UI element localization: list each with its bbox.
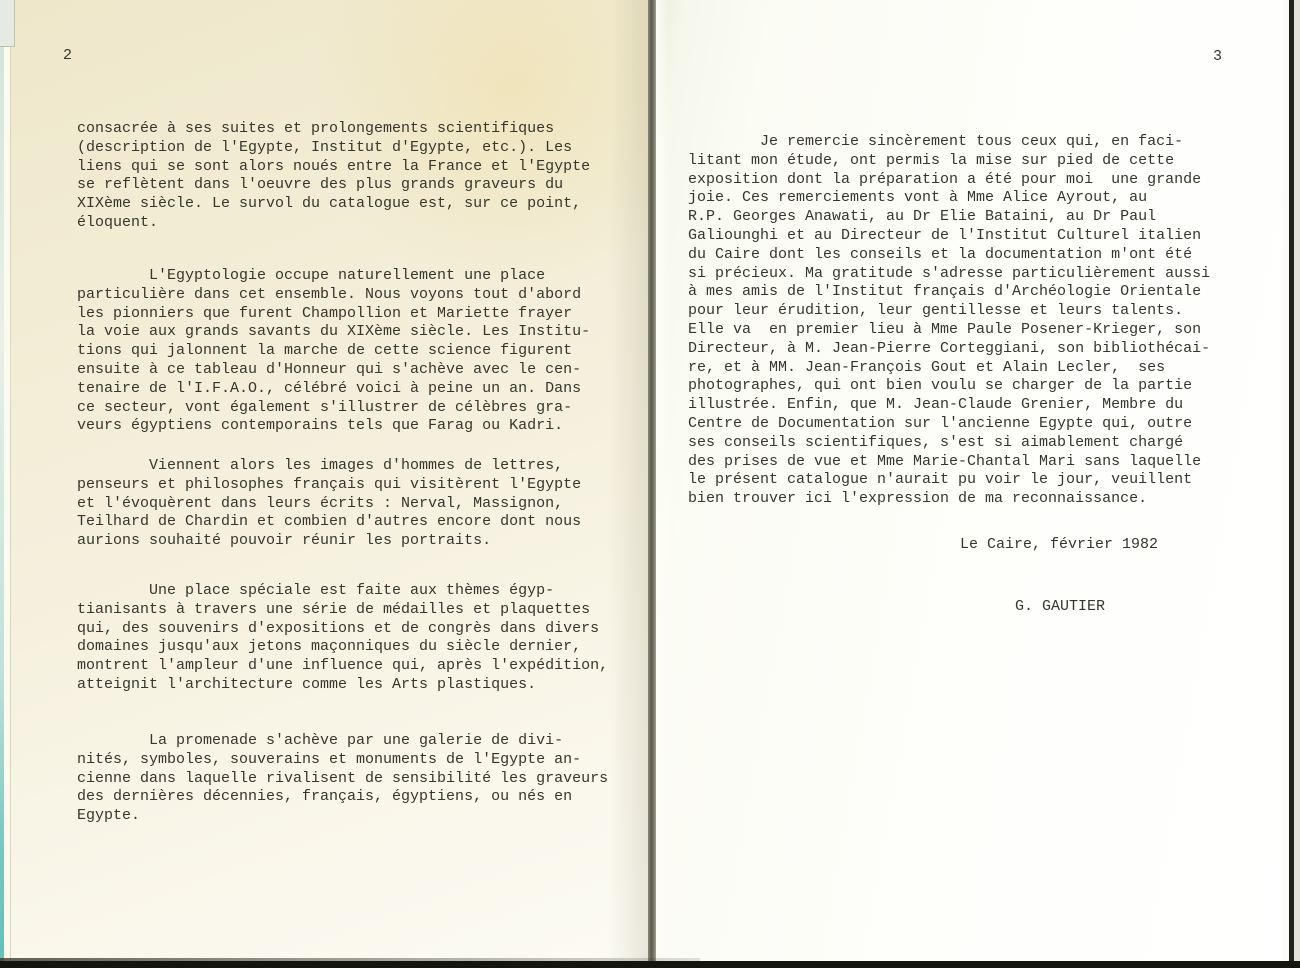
paragraph-consacree: consacrée à ses suites et prolongements … xyxy=(77,120,590,233)
book-gutter xyxy=(648,0,656,968)
paragraph-egyptologie: L'Egyptologie occupe naturellement une p… xyxy=(77,267,590,436)
page-edge-left xyxy=(4,0,11,962)
paragraph-promenade: La promenade s'achève par une galerie de… xyxy=(77,732,608,826)
scan-edge-bottom xyxy=(0,961,1300,968)
gutter-shadow xyxy=(608,0,650,962)
paragraph-themes-egyptianisants: Une place spéciale est faite aux thèmes … xyxy=(77,582,608,695)
paragraph-hommes-de-lettres: Viennent alors les images d'hommes de le… xyxy=(77,457,581,551)
signature: G. GAUTIER xyxy=(1015,598,1105,617)
scan-margin-right xyxy=(1294,0,1300,968)
page-number-right: 3 xyxy=(1213,48,1222,67)
dateline: Le Caire, février 1982 xyxy=(960,536,1158,555)
page-number-left: 2 xyxy=(63,47,72,66)
scanned-book-spread: 2 consacrée à ses suites et prolongement… xyxy=(0,0,1300,968)
paragraph-remerciements: Je remercie sincèrement tous ceux qui, e… xyxy=(688,133,1210,509)
corner-page-edge xyxy=(0,0,15,47)
gutter-highlight xyxy=(656,0,670,962)
